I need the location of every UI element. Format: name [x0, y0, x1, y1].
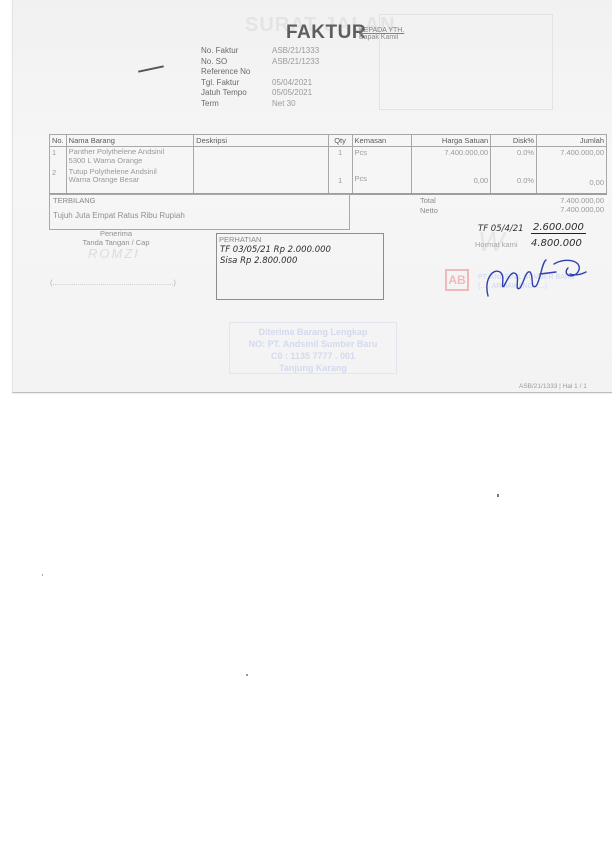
terbilang-text: Tujuh Juta Empat Ratus Ribu Rupiah	[53, 211, 185, 220]
blue-stamp-line2: NO: PT. Andsinil Sumber Baru	[230, 338, 396, 350]
cell-no: 2	[50, 167, 67, 194]
handwritten-payment-date: TF 05/4/21	[478, 224, 524, 234]
col-disc: Disk%	[491, 135, 537, 147]
recipient-label: KEPADA YTH.	[359, 27, 404, 34]
col-total: Jumlah	[537, 135, 607, 147]
total-value: 7.400.000,00	[520, 196, 604, 205]
meta-label: Jatuh Tempo	[201, 88, 272, 99]
document-title: FAKTUR	[286, 22, 366, 44]
meta-label: Reference No	[201, 67, 272, 78]
cell-qty: 1	[328, 147, 352, 167]
red-logo-stamp: AB	[445, 269, 469, 291]
paper-speck	[497, 494, 499, 497]
cell-total: 7.400.000,00	[537, 147, 607, 167]
item-name-line2: 5300 L Warna Orange	[69, 157, 192, 166]
cell-desc	[194, 147, 328, 167]
totals-values: 7.400.000,00 7.400.000,00	[520, 196, 604, 214]
col-unit: Kemasan	[352, 135, 412, 147]
terbilang-box: TERBILANG Tujuh Juta Empat Ratus Ribu Ru…	[49, 194, 350, 230]
col-price: Harga Satuan	[412, 135, 491, 147]
handwritten-note-2: Sisa Rp 2.800.000	[220, 256, 297, 266]
meta-row-term: Term Net 30	[201, 99, 319, 110]
hormat-kami-label: Hormat kami	[475, 240, 518, 249]
page-footer: ASB/21/1333 | Hal 1 / 1	[519, 383, 587, 390]
receiver-label: Penerima	[56, 229, 176, 238]
cell-name: Tutup Polythelene Andsinil Warna Orange …	[66, 167, 194, 194]
handwritten-note-1: TF 03/05/21 Rp 2.000.000	[220, 245, 331, 255]
ghost-address-box	[379, 14, 553, 110]
recipient-name: Bapak Kamil	[359, 34, 398, 41]
perhatian-box: PERHATIAN TF 03/05/21 Rp 2.000.000 Sisa …	[216, 233, 384, 300]
receiver-signature-line: (.......................................…	[50, 278, 185, 287]
blue-stamp-line4: Tanjung Karang	[230, 362, 396, 374]
item-name-line2: Warna Orange Besar	[69, 176, 192, 185]
cell-unit: Pcs	[352, 167, 412, 194]
col-no: No.	[50, 135, 67, 147]
table-row: 2 Tutup Polythelene Andsinil Warna Orang…	[50, 167, 607, 194]
meta-value: ASB/21/1233	[272, 57, 319, 68]
cell-name: Panther Polythelene Andsinil 5300 L Warn…	[66, 147, 194, 167]
netto-label: Netto	[420, 206, 438, 216]
cell-qty: 1	[328, 167, 352, 194]
total-label: Total	[420, 196, 438, 206]
receiver-name: ROMZI	[88, 246, 140, 261]
netto-value: 7.400.000,00	[520, 205, 604, 214]
meta-value: 05/05/2021	[272, 88, 312, 99]
meta-label: Term	[201, 99, 272, 110]
signature	[478, 250, 588, 302]
table-header-row: No. Nama Barang Deskripsi Qty Kemasan Ha…	[50, 135, 607, 147]
col-desc: Deskripsi	[194, 135, 328, 147]
meta-row-tgl-faktur: Tgl. Faktur 05/04/2021	[201, 78, 319, 89]
cell-price: 7.400.000,00	[412, 147, 491, 167]
items-table: No. Nama Barang Deskripsi Qty Kemasan Ha…	[49, 134, 607, 195]
cell-total: 0,00	[537, 167, 607, 194]
receiver-block: Penerima Tanda Tangan / Cap	[56, 229, 176, 247]
cell-disc: 0.0%	[491, 147, 537, 167]
meta-row-jatuh-tempo: Jatuh Tempo 05/05/2021	[201, 88, 319, 99]
cell-no: 1	[50, 147, 67, 167]
invoice-meta: No. Faktur ASB/21/1333 No. SO ASB/21/123…	[201, 46, 319, 109]
meta-row-no-so: No. SO ASB/21/1233	[201, 57, 319, 68]
cell-price: 0,00	[412, 167, 491, 194]
paper-speck	[246, 674, 248, 676]
meta-value: 05/04/2021	[272, 78, 312, 89]
cell-desc	[194, 167, 328, 194]
meta-label: Tgl. Faktur	[201, 78, 272, 89]
meta-row-no-faktur: No. Faktur ASB/21/1333	[201, 46, 319, 57]
perhatian-label: PERHATIAN	[219, 235, 261, 244]
meta-value: ASB/21/1333	[272, 46, 319, 57]
meta-value: Net 30	[272, 99, 296, 110]
cell-disc: 0.0%	[491, 167, 537, 194]
paper-speck	[42, 574, 43, 576]
cell-unit: Pcs	[352, 147, 412, 167]
blue-received-stamp: Diterima Barang Lengkap NO: PT. Andsinil…	[229, 322, 397, 374]
handwritten-balance: 4.800.000	[531, 238, 582, 249]
col-qty: Qty	[328, 135, 352, 147]
meta-label: No. Faktur	[201, 46, 272, 57]
table-row: 1 Panther Polythelene Andsinil 5300 L Wa…	[50, 147, 607, 167]
totals-labels: Total Netto	[420, 196, 438, 216]
blue-stamp-line3: C0 : 1135 7777 . 001	[230, 350, 396, 362]
handwritten-payment-amount: 2.600.000	[531, 222, 586, 234]
col-name: Nama Barang	[66, 135, 194, 147]
blue-stamp-line1: Diterima Barang Lengkap	[230, 326, 396, 338]
meta-label: No. SO	[201, 57, 272, 68]
meta-row-reference: Reference No	[201, 67, 319, 78]
terbilang-label: TERBILANG	[53, 196, 96, 205]
